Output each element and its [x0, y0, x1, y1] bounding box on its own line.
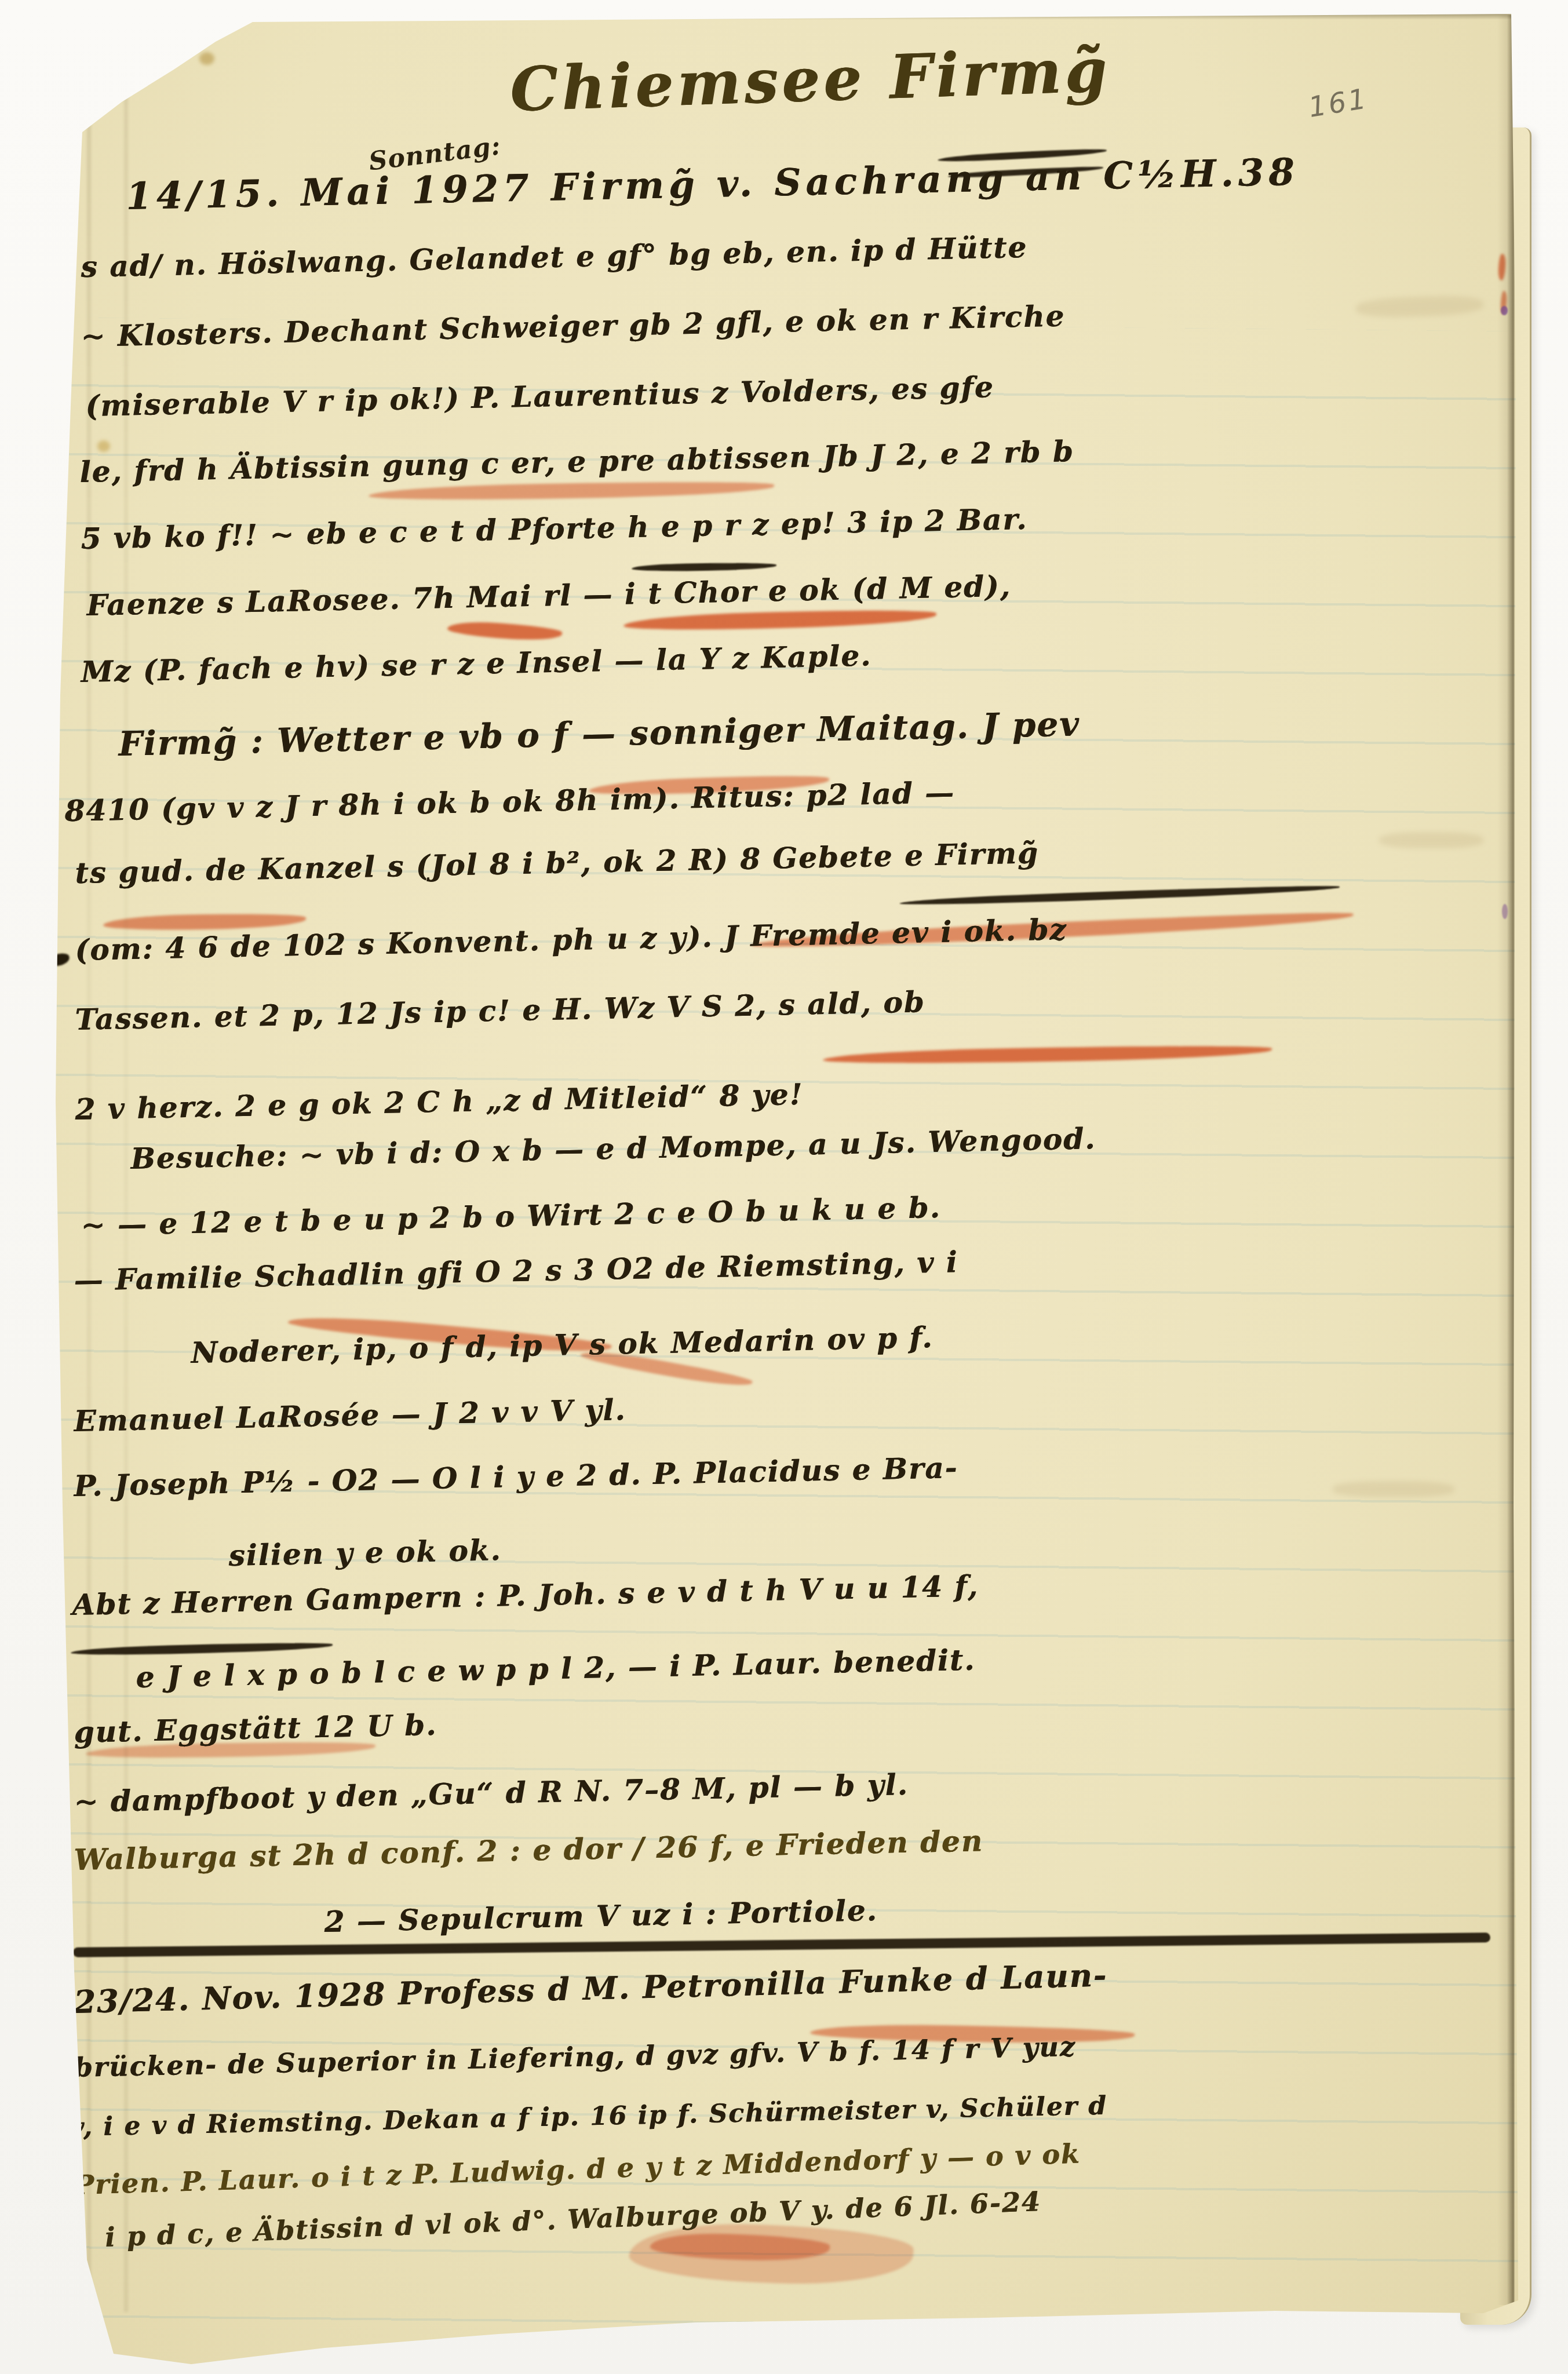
- page-title: Chiemsee Firmg̃: [509, 34, 1111, 125]
- red-underline-aebtissin: [369, 480, 774, 502]
- purple-mark: [1502, 904, 1508, 919]
- manuscript-line: ∼ — e 12 e t b e u p 2 b o Wirt 2 c e O …: [81, 1193, 941, 1240]
- manuscript-line: v, i e v d Riemsting. Dekan a f ip. 16 i…: [69, 2093, 1107, 2140]
- red-underline-chor: [623, 608, 937, 632]
- manuscript-line: Noderer, ip, o f d, ip V s ok Medarin ov…: [191, 1323, 933, 1367]
- manuscript-line: Mz (P. fach e hv) se r z e Insel — la Y …: [81, 641, 872, 687]
- manuscript-line: (miserable V r ip ok!) P. Laurentius z V…: [85, 373, 994, 421]
- red-underline-7-mai: [447, 619, 562, 643]
- manuscript-line-familie: — Familie Schadlin gfi O 2 s 3 O2 de Rie…: [74, 1248, 958, 1295]
- paper-crease: [124, 23, 128, 2312]
- paper-crease: [74, 0, 245, 23]
- manuscript-line: Emanuel LaRosée — J 2 v v V yl.: [74, 1395, 626, 1436]
- manuscript-line-walburga: Walburga st 2h d conf. 2 : e dor / 26 f,…: [74, 1826, 983, 1875]
- manuscript-line-sepulcrum: 2 — Sepulcrum V uz i : Portiole.: [324, 1896, 878, 1937]
- manuscript-line: e J e l x p o b l c e w p p l 2, — i P. …: [136, 1646, 976, 1692]
- manuscript-line: ∼ Klosters. Dechant Schweiger gb 2 gfl, …: [81, 301, 1066, 351]
- paper-edge: [249, 14, 1512, 20]
- manuscript-line-abt: Abt z Herren Gampern : P. Joh. s e v d t…: [72, 1571, 979, 1620]
- manuscript-line-firmung: Firmg̃ : Wetter e vb o f — sonniger Mait…: [118, 707, 1080, 761]
- manuscript-line-date-1927: 14/15. Mai 1927 Firmg̃ v. Sachrang an C½…: [126, 154, 1300, 216]
- manuscript-page: Chiemsee Firmg̃ Sonntag: 161 14/15. Mai …: [0, 0, 1568, 2374]
- manuscript-line: 5 vb ko f!! ∼ eb e c e t d Pforte h e p …: [81, 505, 1028, 553]
- manuscript-line: silien y e ok ok.: [228, 1536, 502, 1570]
- manuscript-line: Tassen. et 2 p, 12 Js ip c! e H. Wz V S …: [75, 987, 925, 1034]
- pforte-underline: [632, 562, 776, 572]
- ink-blot: [20, 438, 48, 501]
- gebete-underline: [899, 884, 1340, 907]
- manuscript-line: ts gud. de Kanzel s (Jol 8 i b², ok 2 R)…: [75, 838, 1039, 888]
- horizontal-rule: [73, 1932, 1490, 1957]
- ink-bleedthrough: [1333, 1481, 1454, 1497]
- page-number: 161: [1306, 82, 1370, 124]
- purple-dot: [1501, 306, 1508, 315]
- ink-blot: [13, 668, 28, 705]
- scan-background: Chiemsee Firmg̃ Sonntag: 161 14/15. Mai …: [0, 0, 1568, 2374]
- paper-stain: [199, 52, 214, 65]
- manuscript-line: 8410 (gv v z J r 8h i ok b ok 8h im). Ri…: [64, 778, 955, 826]
- paper-crease: [87, 23, 91, 2312]
- red-underline-eh: [823, 1044, 1272, 1066]
- manuscript-line: brücken- de Superior in Liefering, d gvz…: [74, 2033, 1076, 2081]
- ink-bleedthrough: [1355, 294, 1483, 319]
- manuscript-line-eggstaett: gut. Eggstätt 12 U b.: [74, 1711, 437, 1747]
- abt-underline-flourish: [71, 1641, 333, 1657]
- paper-stain: [97, 440, 110, 452]
- manuscript-line-date-1928: 23/24. Nov. 1928 Profess d M. Petronilla…: [74, 1959, 1108, 2018]
- ink-bleedthrough: [1379, 832, 1483, 848]
- manuscript-line: s ad/ n. Höslwang. Gelandet e gf° bg eb,…: [81, 233, 1028, 282]
- manuscript-line-besuche: Besuche: ∼ vb i d: O x b — e d Mompe, a …: [130, 1124, 1096, 1173]
- manuscript-line-dampfboot: ∼ dampfboot y den „Gu“ d R N. 7–8 M, pl …: [74, 1770, 909, 1817]
- ink-blot: [49, 952, 70, 968]
- manuscript-line: le, frd h Äbtissin gung c er, e pre abti…: [79, 437, 1074, 487]
- manuscript-line: 2 v herz. 2 e g ok 2 C h „z d Mitleid“ 8…: [75, 1080, 804, 1124]
- paper-edge: [1497, 15, 1515, 2305]
- manuscript-line: P. Joseph P½ - O2 — O l i y e 2 d. P. Pl…: [74, 1453, 958, 1501]
